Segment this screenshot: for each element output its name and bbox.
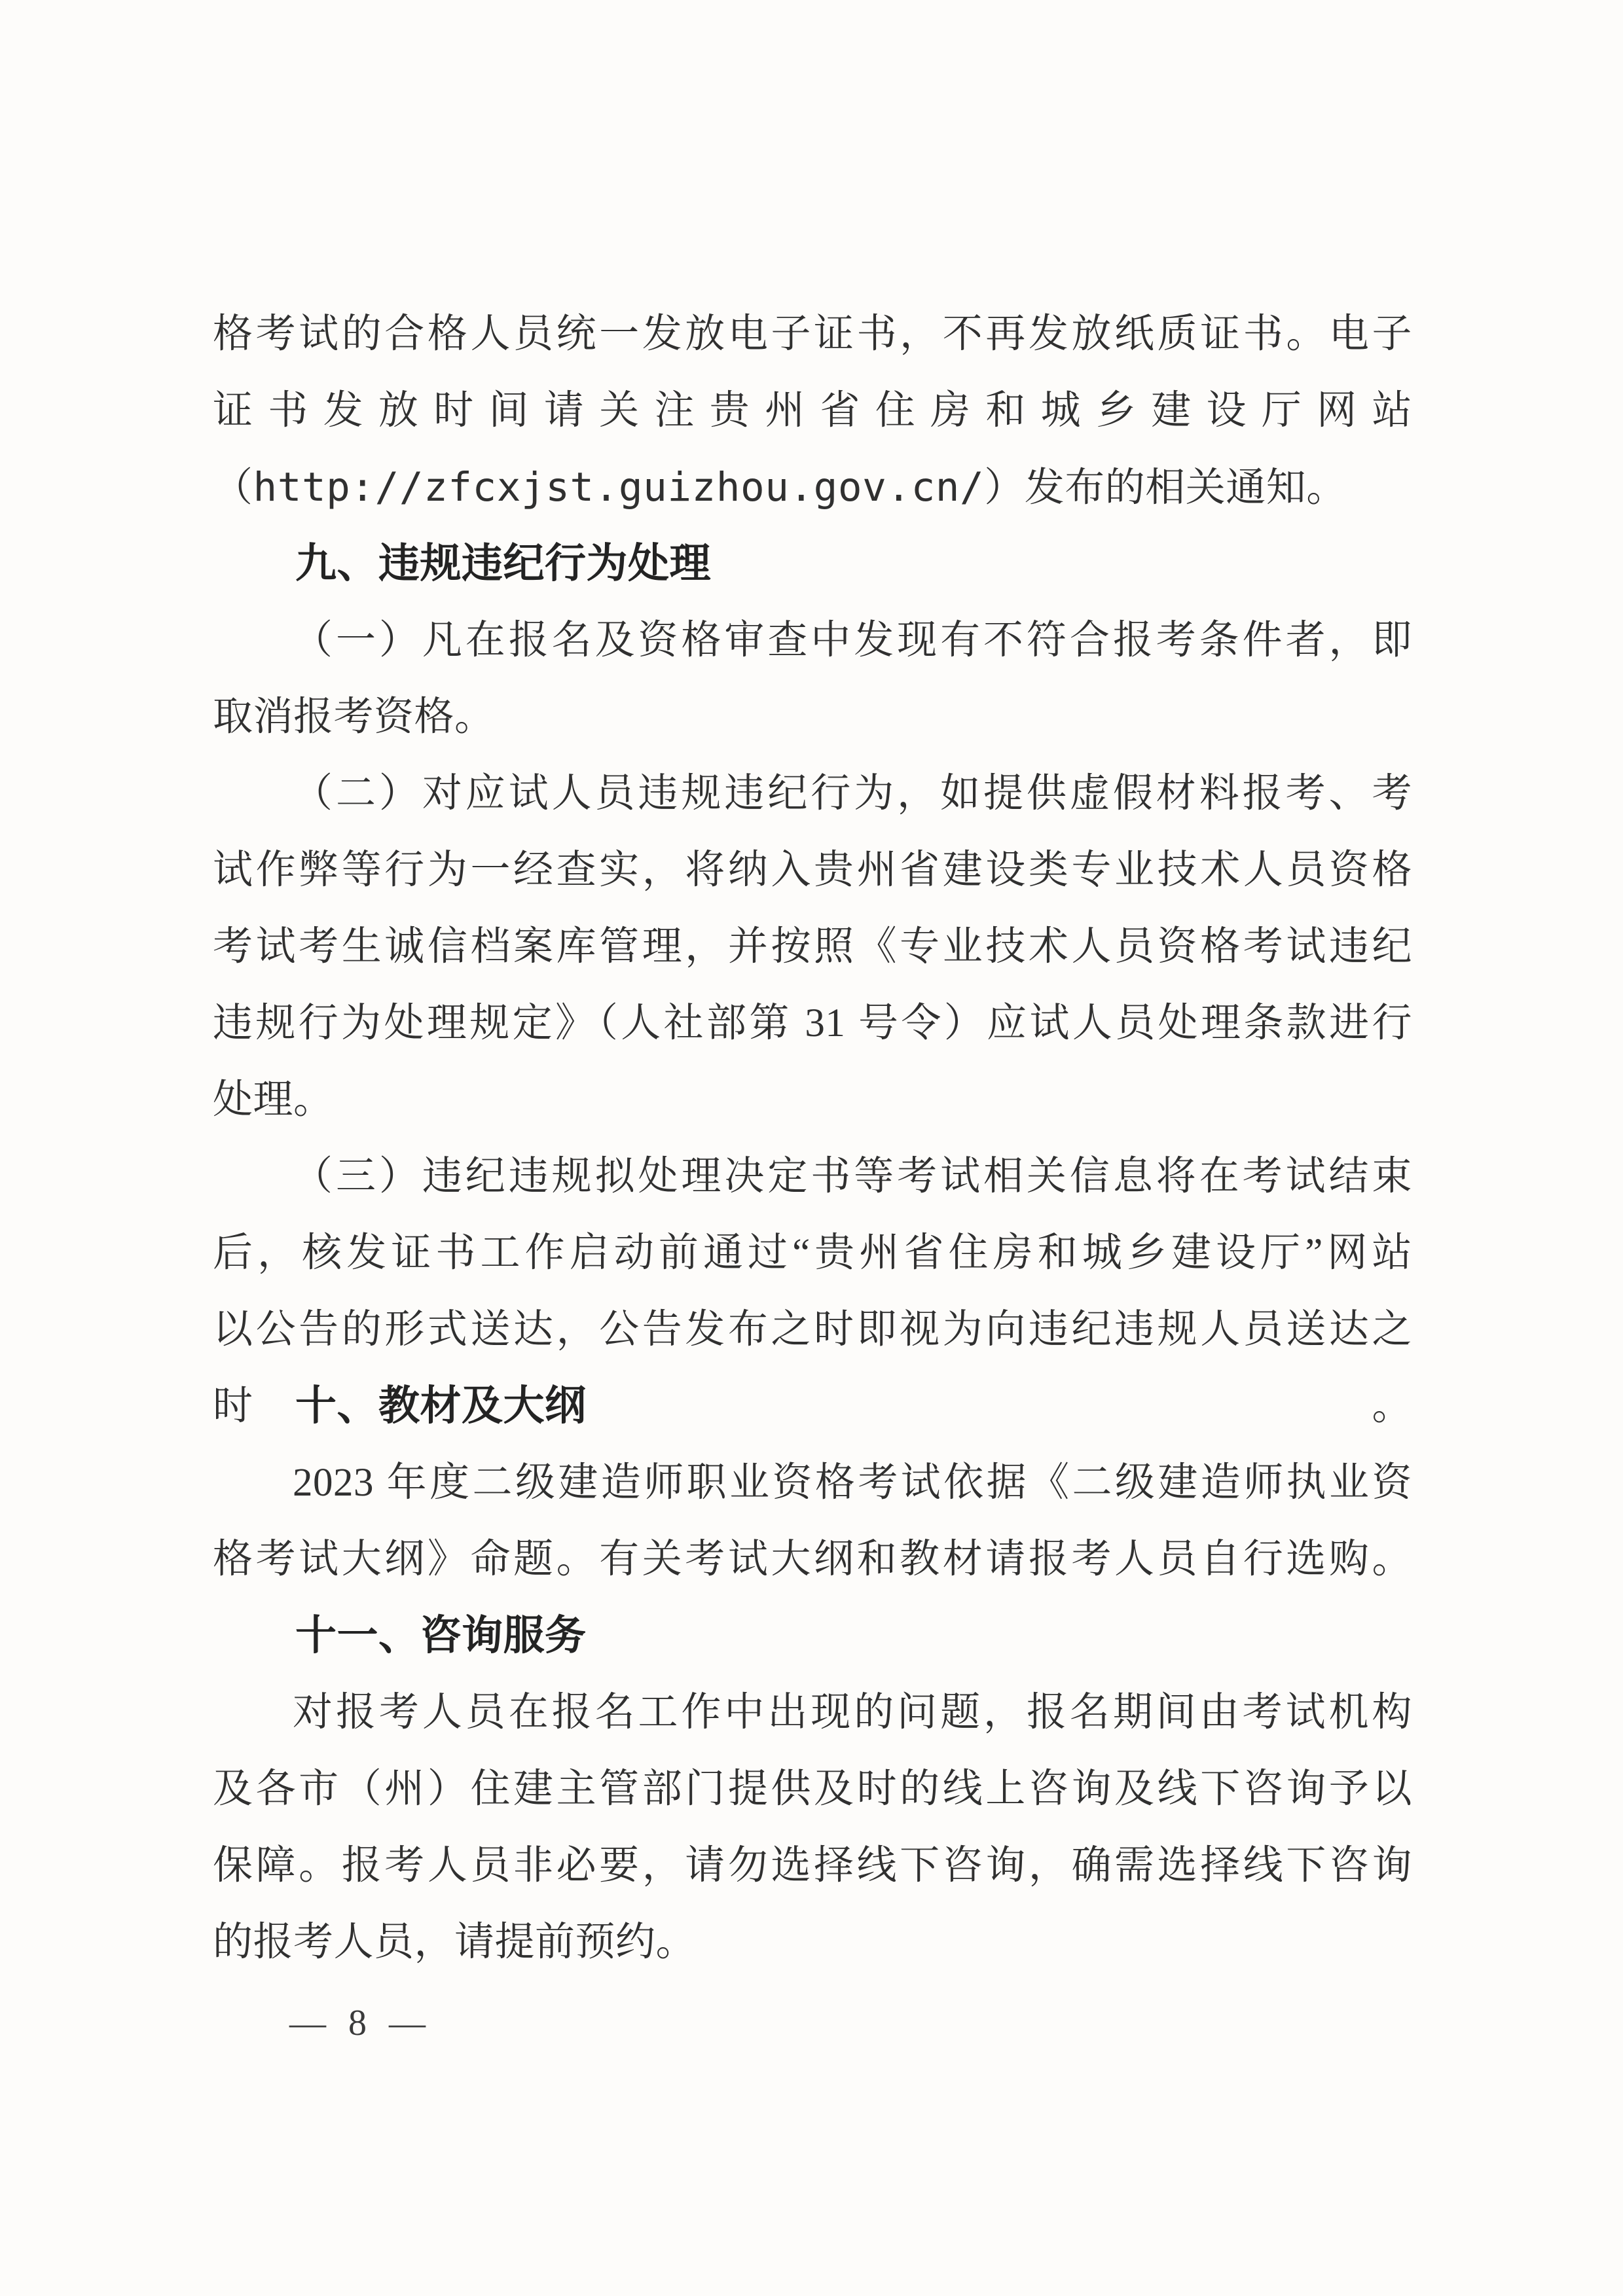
text-line: 考试考生诚信档案库管理，并按照《专业技术人员资格考试违纪	[213, 908, 1412, 985]
document-page: 格考试的合格人员统一发放电子证书，不再发放纸质证书。电子 证书发放时间请关注贵州…	[0, 0, 1623, 2296]
heading-section-9: 九、违规违纪行为处理	[213, 526, 1412, 602]
text-line: 后，核发证书工作启动前通过“贵州省住房和城乡建设厅”网站	[213, 1215, 1412, 1291]
text-line: 违规行为处理规定》（人社部第 31 号令）应试人员处理条款进行	[213, 985, 1412, 1062]
text-line: （三）违纪违规拟处理决定书等考试相关信息将在考试结束	[213, 1138, 1412, 1215]
text-line: （二）对应试人员违规违纪行为，如提供虚假材料报考、考	[213, 755, 1412, 832]
text-line-url: （http://zfcxjst.guizhou.gov.cn/）发布的相关通知。	[213, 449, 1412, 526]
text-line: （一）凡在报名及资格审查中发现有不符合报考条件者，即	[213, 602, 1412, 679]
text-line: 格考试大纲》命题。有关考试大纲和教材请报考人员自行选购。	[213, 1521, 1412, 1598]
text-line: 及各市（州）住建主管部门提供及时的线上咨询及线下咨询予以	[213, 1751, 1412, 1827]
text-line: 取消报考资格。	[213, 679, 1412, 755]
text-line: 保障。报考人员非必要，请勿选择线下咨询，确需选择线下咨询	[213, 1827, 1412, 1904]
text-line: 处理。	[213, 1062, 1412, 1138]
text-line: 试作弊等行为一经查实，将纳入贵州省建设类专业技术人员资格	[213, 832, 1412, 908]
text-line: 2023 年度二级建造师职业资格考试依据《二级建造师执业资	[213, 1444, 1412, 1521]
heading-section-11: 十一、咨询服务	[213, 1598, 1412, 1674]
text-line: 证书发放时间请关注贵州省住房和城乡建设厅网站	[213, 372, 1412, 449]
text-line: 对报考人员在报名工作中出现的问题，报名期间由考试机构	[213, 1674, 1412, 1751]
text-line: 格考试的合格人员统一发放电子证书，不再发放纸质证书。电子	[213, 296, 1412, 372]
text-line: 以公告的形式送达，公告发布之时即视为向违纪违规人员送达之时。	[213, 1291, 1412, 1368]
text-line: 的报考人员，请提前预约。	[213, 1904, 1412, 1981]
page-number: — 8 —	[289, 1994, 432, 2053]
document-body: 格考试的合格人员统一发放电子证书，不再发放纸质证书。电子 证书发放时间请关注贵州…	[213, 296, 1412, 1981]
